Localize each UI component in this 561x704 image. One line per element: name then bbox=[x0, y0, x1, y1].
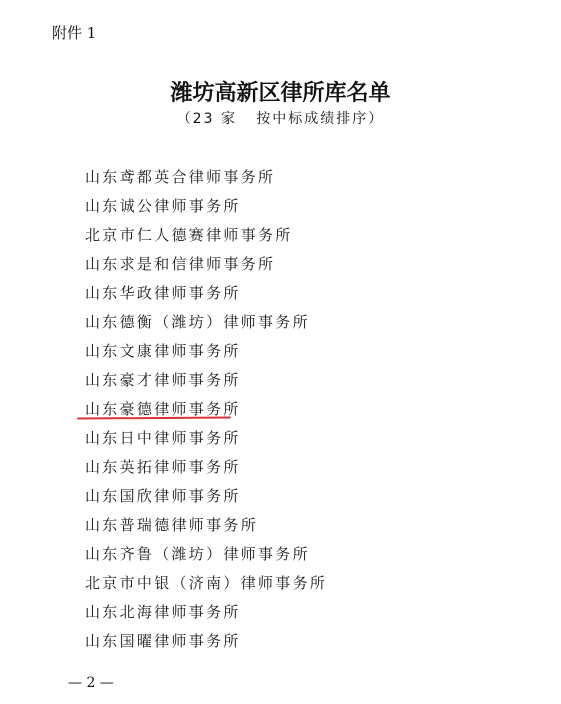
list-item: 山东普瑞德律师事务所 bbox=[85, 515, 327, 544]
page-number: — 2 — bbox=[68, 675, 114, 691]
list-item: 山东华政律师事务所 bbox=[85, 283, 327, 312]
list-item: 山东北海律师事务所 bbox=[85, 602, 327, 631]
list-item: 山东豪才律师事务所 bbox=[85, 370, 327, 399]
law-firm-list: 山东鸢都英合律师事务所 山东诚公律师事务所 北京市仁人德赛律师事务所 山东求是和… bbox=[85, 167, 327, 660]
list-item: 山东齐鲁（潍坊）律师事务所 bbox=[85, 544, 327, 573]
list-item: 山东文康律师事务所 bbox=[85, 341, 327, 370]
page-title: 潍坊高新区律所库名单 bbox=[0, 76, 561, 107]
list-item: 山东鸢都英合律师事务所 bbox=[85, 167, 327, 196]
page-subtitle: （23 家 按中标成绩排序） bbox=[0, 108, 561, 128]
list-item: 山东德衡（潍坊）律师事务所 bbox=[85, 312, 327, 341]
list-item: 山东国曜律师事务所 bbox=[85, 631, 327, 660]
attachment-label: 附件 1 bbox=[52, 22, 96, 43]
list-item: 北京市中银（济南）律师事务所 bbox=[85, 573, 327, 602]
list-item: 山东英拓律师事务所 bbox=[85, 457, 327, 486]
list-item: 山东国欣律师事务所 bbox=[85, 486, 327, 515]
list-item: 山东求是和信律师事务所 bbox=[85, 254, 327, 283]
list-item-highlighted: 山东豪德律师事务所 bbox=[85, 399, 327, 428]
list-item: 北京市仁人德赛律师事务所 bbox=[85, 225, 327, 254]
list-item: 山东诚公律师事务所 bbox=[85, 196, 327, 225]
list-item: 山东日中律师事务所 bbox=[85, 428, 327, 457]
